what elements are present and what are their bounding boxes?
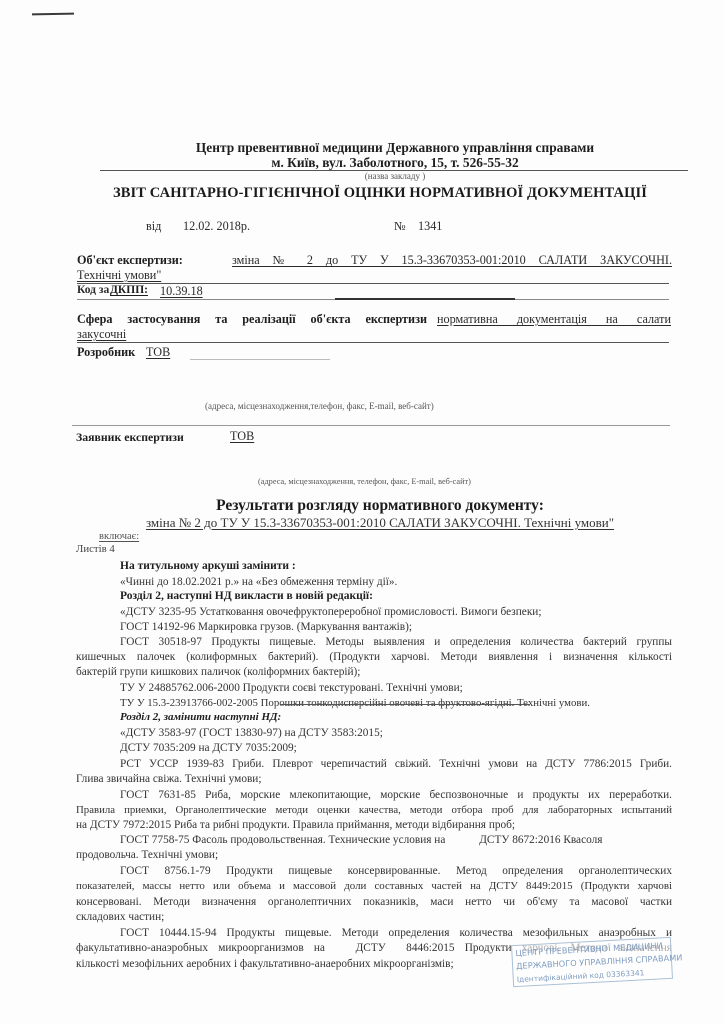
developer-underline xyxy=(190,359,330,360)
applicant-value: ТОВ xyxy=(230,429,254,444)
list-item: кількості мезофільних аеробних і факульт… xyxy=(76,957,454,972)
dkpp-prefix: Код за xyxy=(77,284,109,296)
institution-name: Центр превентивної медицини Державного у… xyxy=(100,140,690,156)
object-label: Об'єкт експертизи: xyxy=(77,253,183,268)
list-item: РСТ УССР 1939-83 Гриби. Плеврот черепича… xyxy=(120,757,672,772)
applicant-label: Заявник експертизи xyxy=(76,430,184,445)
list-item: бактерій групи кишкових паличок (коліфор… xyxy=(76,665,360,680)
list-item: ДСТУ 7035:209 на ДСТУ 7035:2009; xyxy=(120,741,297,756)
list-item: ГОСТ 7758-75 Фасоль продовольственная. Т… xyxy=(120,833,602,848)
applicant-caption: (адреса, місцезнаходження, телефон, факс… xyxy=(258,477,471,486)
results-title: Результати розгляду нормативного докумен… xyxy=(60,497,700,515)
list-item: консервовані. Методи визначення органоле… xyxy=(76,895,672,910)
scope-value-continued: закусочні xyxy=(77,327,126,342)
date-label: від xyxy=(146,219,161,234)
list-item: ГОСТ 8756.1-79 Продукти пищевые консерви… xyxy=(120,864,672,879)
list-item: ГОСТ 14192-96 Маркировка грузов. (Маркув… xyxy=(120,620,412,635)
title-page-heading: На титульному аркуші замінити : xyxy=(120,560,296,572)
title-page-text: «Чинні до 18.02.2021 р.» на «Без обмежен… xyxy=(120,575,397,590)
list-item: Правила приемки, Органолептические метод… xyxy=(76,803,672,818)
report-number: 1341 xyxy=(418,219,442,234)
dkpp-value: 10.39.18 xyxy=(160,284,203,299)
results-subject: зміна № 2 до ТУ У 15.3-33670353-001:2010… xyxy=(60,515,700,531)
dkpp-underline-bold xyxy=(335,298,515,300)
sheets-count: Листів 4 xyxy=(76,543,115,555)
dkpp-label: ДКПП: xyxy=(110,284,148,296)
scan-mark xyxy=(32,13,74,16)
developer-caption: (адреса, місцезнаходження,телефон, факс,… xyxy=(205,401,434,411)
developer-value: ТОВ xyxy=(146,345,170,360)
section2-replace-heading: Розділ 2, замінити наступні НД: xyxy=(120,711,281,723)
list-item: кишечных палочек (колиформных бактерий).… xyxy=(76,650,672,665)
list-item: на ДСТУ 7972:2015 Риба та рибні продукти… xyxy=(76,818,515,833)
list-item: продовольча. Технічні умови; xyxy=(76,848,218,863)
report-date: 12.02. 2018р. xyxy=(183,219,250,234)
list-item: Глива звичайна свіжа. Технічні умови; xyxy=(76,772,261,787)
number-label: № xyxy=(394,219,406,234)
list-item: ГОСТ 10444.15-94 Продукты пищевые. Метод… xyxy=(120,926,672,941)
list-item: «ДСТУ 3583-97 (ГОСТ 13830-97) на ДСТУ 35… xyxy=(120,726,383,741)
institution-caption: (назва закладу ) xyxy=(100,171,690,181)
list-item: показателей, массы нетто или объема и ма… xyxy=(76,879,672,894)
list-item: ГОСТ 7631-85 Риба, морские млекопитающие… xyxy=(120,788,672,803)
object-value-continued: Технічні умови" xyxy=(77,268,161,283)
list-item: ГОСТ 30518-97 Продукты пищевые. Методы в… xyxy=(120,635,672,650)
list-item: «ДСТУ 3235-95 Устатковання овочефруктопе… xyxy=(120,605,542,620)
scope-value: нормативна документація на салати xyxy=(437,312,671,327)
scope-underline xyxy=(77,342,669,343)
report-title: ЗВІТ САНІТАРНО-ГІГІЄНІЧНОЇ ОЦІНКИ НОРМАТ… xyxy=(70,185,690,202)
section2-new-heading: Розділ 2, наступні НД викласти в новій р… xyxy=(120,590,373,602)
strikethrough-line xyxy=(280,704,530,705)
institution-address: м. Київ, вул. Заболотного, 15, т. 526-55… xyxy=(100,155,690,171)
organization-stamp: ЦЕНТР ПРЕВЕНТИВНОЇ МЕДИЦИНИ ДЕРЖАВНОГО У… xyxy=(511,937,673,987)
list-item: складових частин; xyxy=(76,910,164,925)
scope-label: Сфера застосування та реалізації об'єкта… xyxy=(77,312,427,327)
developer-label: Розробник xyxy=(77,345,135,360)
includes-label: включає: xyxy=(99,531,139,542)
list-item: ТУ У 24885762.006-2000 Продукти соєві те… xyxy=(120,681,463,696)
developer-address-line xyxy=(72,425,670,426)
object-value: зміна № 2 до ТУ У 15.3-33670353-001:2010… xyxy=(232,253,672,268)
